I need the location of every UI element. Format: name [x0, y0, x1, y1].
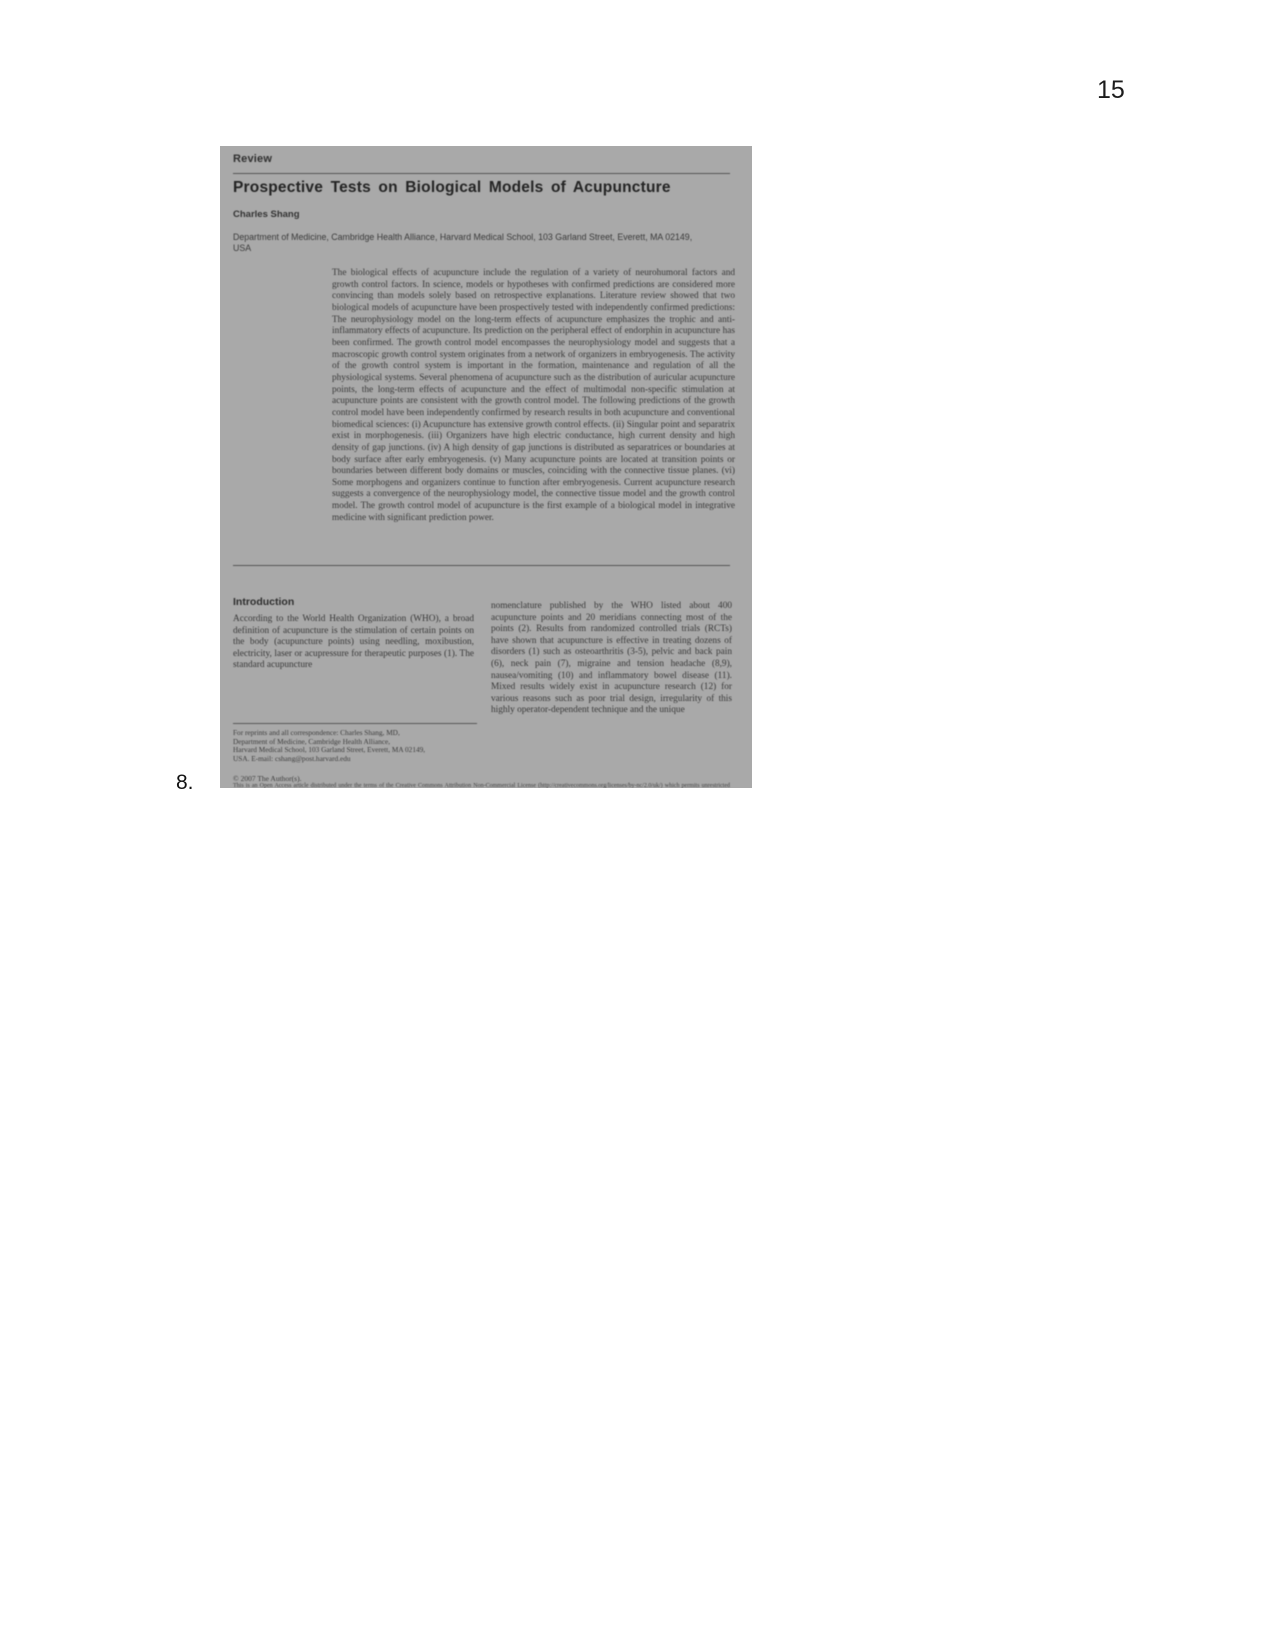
header-divider — [233, 173, 730, 174]
footnote-line: USA. E-mail: cshang@post.harvard.edu — [233, 755, 495, 764]
paper-author: Charles Shang — [233, 209, 300, 220]
introduction-heading: Introduction — [233, 596, 294, 608]
list-item-number: 8. — [176, 771, 194, 795]
introduction-right-column: nomenclature published by the WHO listed… — [491, 601, 732, 717]
document-page: 15 8. Review Prospective Tests on Biolog… — [0, 0, 1275, 1651]
footnote-divider — [233, 723, 477, 724]
paper-title: Prospective Tests on Biological Models o… — [233, 179, 738, 197]
correspondence-footnote: For reprints and all correspondence: Cha… — [233, 729, 495, 764]
paper-affiliation: Department of Medicine, Cambridge Health… — [233, 232, 708, 254]
license-text: This is an Open Access article distribut… — [233, 783, 730, 788]
paper-scan-content: Review Prospective Tests on Biological M… — [220, 146, 752, 788]
paper-abstract: The biological effects of acupuncture in… — [332, 268, 735, 524]
page-number: 15 — [1097, 76, 1125, 105]
paper-section-label: Review — [233, 153, 272, 165]
abstract-divider — [233, 565, 730, 566]
embedded-paper-image: Review Prospective Tests on Biological M… — [220, 146, 752, 788]
copyright-line: © 2007 The Author(s). — [233, 774, 301, 783]
introduction-left-column: According to the World Health Organizati… — [233, 614, 474, 672]
